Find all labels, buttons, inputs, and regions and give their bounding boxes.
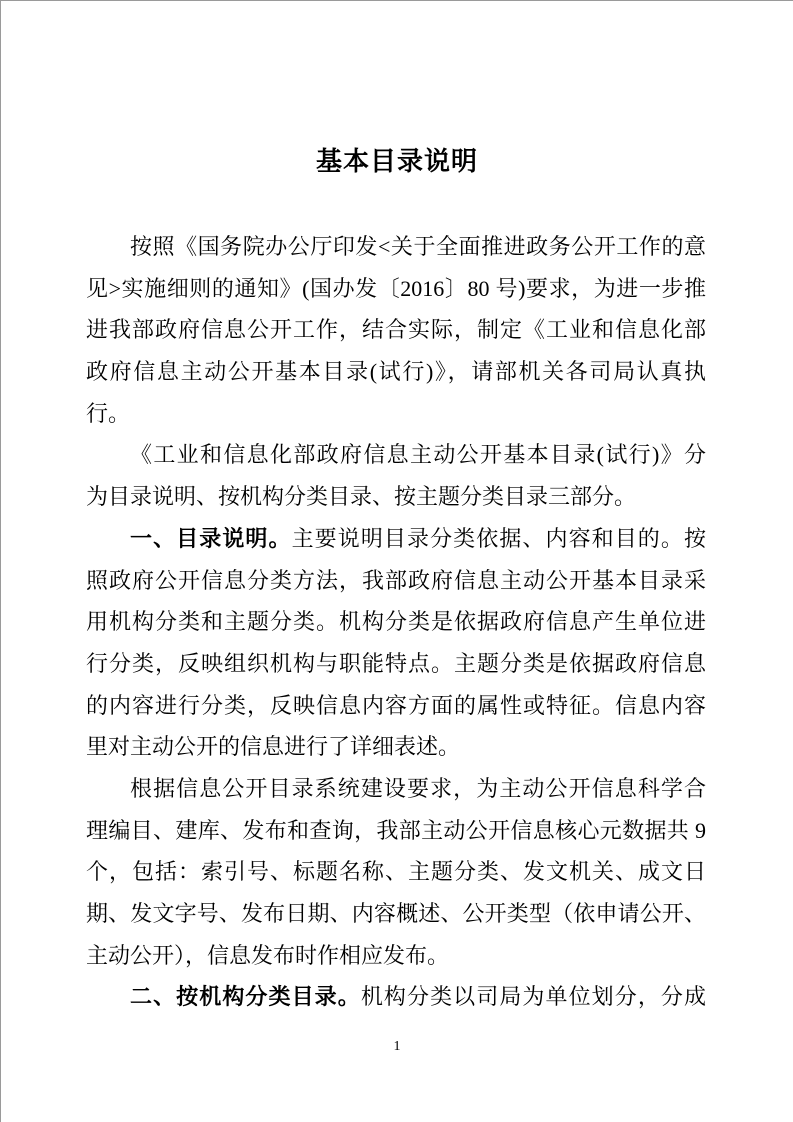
paragraph: 一、目录说明。主要说明目录分类依据、内容和目的。按照政府公开信息分类方法，我部政… — [86, 518, 706, 768]
document-title: 基本目录说明 — [1, 144, 793, 178]
text-line: 的内容进行分类，反映信息内容方面的属性或特征。信息内容 — [86, 685, 706, 727]
text-line: 一、目录说明。主要说明目录分类依据、内容和目的。按 — [86, 518, 706, 560]
text-line: 里对主动公开的信息进行了详细表述。 — [86, 726, 706, 768]
page-number: 1 — [1, 1037, 793, 1057]
text-line: 用机构分类和主题分类。机构分类是依据政府信息产生单位进 — [86, 601, 706, 643]
text-line: 《工业和信息化部政府信息主动公开基本目录(试行)》分 — [86, 434, 706, 476]
paragraph: 二、按机构分类目录。机构分类以司局为单位划分，分成 — [86, 976, 706, 1018]
text-line: 照政府公开信息分类方法，我部政府信息主动公开基本目录采 — [86, 560, 706, 602]
paragraph: 按照《国务院办公厅印发<关于全面推进政务公开工作的意见>实施细则的通知》(国办发… — [86, 226, 706, 434]
text-line: 期、发文字号、发布日期、内容概述、公开类型（依申请公开、 — [86, 893, 706, 935]
text-line: 行分类，反映组织机构与职能特点。主题分类是依据政府信息 — [86, 643, 706, 685]
text-line: 为目录说明、按机构分类目录、按主题分类目录三部分。 — [86, 476, 706, 518]
document-page: 基本目录说明 按照《国务院办公厅印发<关于全面推进政务公开工作的意见>实施细则的… — [0, 0, 793, 1122]
text-line: 主动公开），信息发布时作相应发布。 — [86, 935, 706, 977]
section-heading: 一、目录说明。 — [130, 526, 292, 551]
text-line: 按照《国务院办公厅印发<关于全面推进政务公开工作的意 — [86, 226, 706, 268]
text-line: 进我部政府信息公开工作，结合实际，制定《工业和信息化部 — [86, 309, 706, 351]
section-heading: 二、按机构分类目录。 — [130, 984, 361, 1009]
text-line: 二、按机构分类目录。机构分类以司局为单位划分，分成 — [86, 976, 706, 1018]
text-line: 个，包括：索引号、标题名称、主题分类、发文机关、成文日 — [86, 851, 706, 893]
text-line: 见>实施细则的通知》(国办发〔2016〕80 号)要求，为进一步推 — [86, 268, 706, 310]
text-line: 行。 — [86, 393, 706, 435]
text-line: 政府信息主动公开基本目录(试行)》，请部机关各司局认真执 — [86, 351, 706, 393]
paragraph: 根据信息公开目录系统建设要求，为主动公开信息科学合理编目、建库、发布和查询，我部… — [86, 768, 706, 976]
document-body: 按照《国务院办公厅印发<关于全面推进政务公开工作的意见>实施细则的通知》(国办发… — [86, 226, 706, 1018]
text-line: 根据信息公开目录系统建设要求，为主动公开信息科学合 — [86, 768, 706, 810]
text-line: 理编目、建库、发布和查询，我部主动公开信息核心元数据共 9 — [86, 810, 706, 852]
paragraph: 《工业和信息化部政府信息主动公开基本目录(试行)》分为目录说明、按机构分类目录、… — [86, 434, 706, 517]
